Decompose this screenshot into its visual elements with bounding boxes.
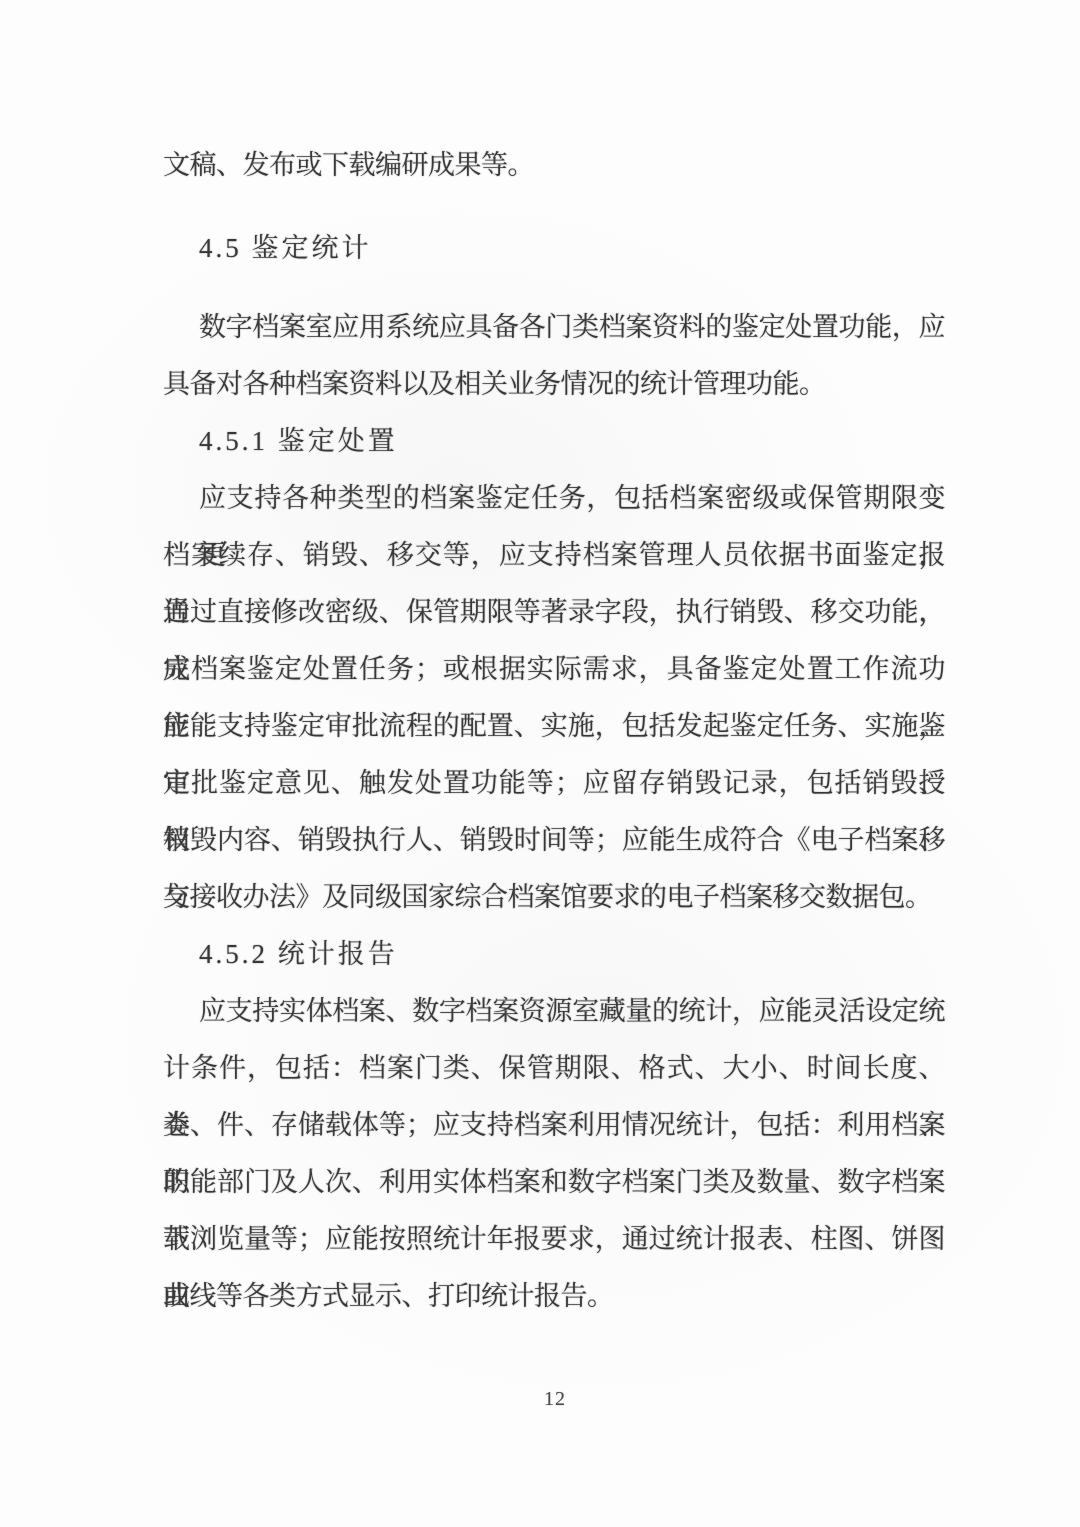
- text-line: 曲线等各类方式显示、打印统计报告。: [163, 1268, 945, 1325]
- text-line: 计条件，包括：档案门类、保管期限、格式、大小、时间长度、类、: [163, 1040, 945, 1097]
- page-number: 12: [0, 1388, 1080, 1411]
- text-line: 销毁内容、销毁执行人、销毁时间等；应能生成符合《电子档案移交: [163, 812, 945, 869]
- text-line: 卷、件、存储载体等；应支持档案利用情况统计，包括：利用档案的: [163, 1097, 945, 1154]
- text-line: 文稿、发布或下载编研成果等。: [163, 137, 945, 194]
- text-line: 通过直接修改密级、保管期限等著录字段，执行销毁、移交功能，完: [163, 584, 945, 641]
- text-line: 与接收办法》及同级国家综合档案馆要求的电子档案移交数据包。: [163, 869, 945, 926]
- text-line: 审批鉴定意见、触发处置功能等；应留存销毁记录，包括销毁授权、: [163, 755, 945, 812]
- section-heading: 4.5.2 统计报告: [163, 926, 945, 983]
- section-heading: 4.5 鉴定统计: [163, 220, 945, 277]
- text-line: 职能部门及人次、利用实体档案和数字档案门类及数量、数字档案下: [163, 1154, 945, 1211]
- text-line: 成档案鉴定处置任务；或根据实际需求，具备鉴定处置工作流功能，: [163, 641, 945, 698]
- text-line: 档案续存、销毁、移交等，应支持档案管理人员依据书面鉴定报告，: [163, 527, 945, 584]
- text-line: 数字档案室应用系统应具备各门类档案资料的鉴定处置功能，应: [163, 299, 945, 356]
- text-line: 应支持各种类型的档案鉴定任务，包括档案密级或保管期限变更，: [163, 470, 945, 527]
- text-line: 载浏览量等；应能按照统计年报要求，通过统计报表、柱图、饼图或: [163, 1211, 945, 1268]
- text-line: 具备对各种档案资料以及相关业务情况的统计管理功能。: [163, 356, 945, 413]
- document-page: 文稿、发布或下载编研成果等。4.5 鉴定统计数字档案室应用系统应具备各门类档案资…: [0, 0, 1080, 1527]
- section-heading: 4.5.1 鉴定处置: [163, 413, 945, 470]
- document-body: 文稿、发布或下载编研成果等。4.5 鉴定统计数字档案室应用系统应具备各门类档案资…: [163, 137, 945, 1325]
- text-line: 应支持实体档案、数字档案资源室藏量的统计，应能灵活设定统: [163, 983, 945, 1040]
- text-line: 应能支持鉴定审批流程的配置、实施，包括发起鉴定任务、实施鉴定、: [163, 698, 945, 755]
